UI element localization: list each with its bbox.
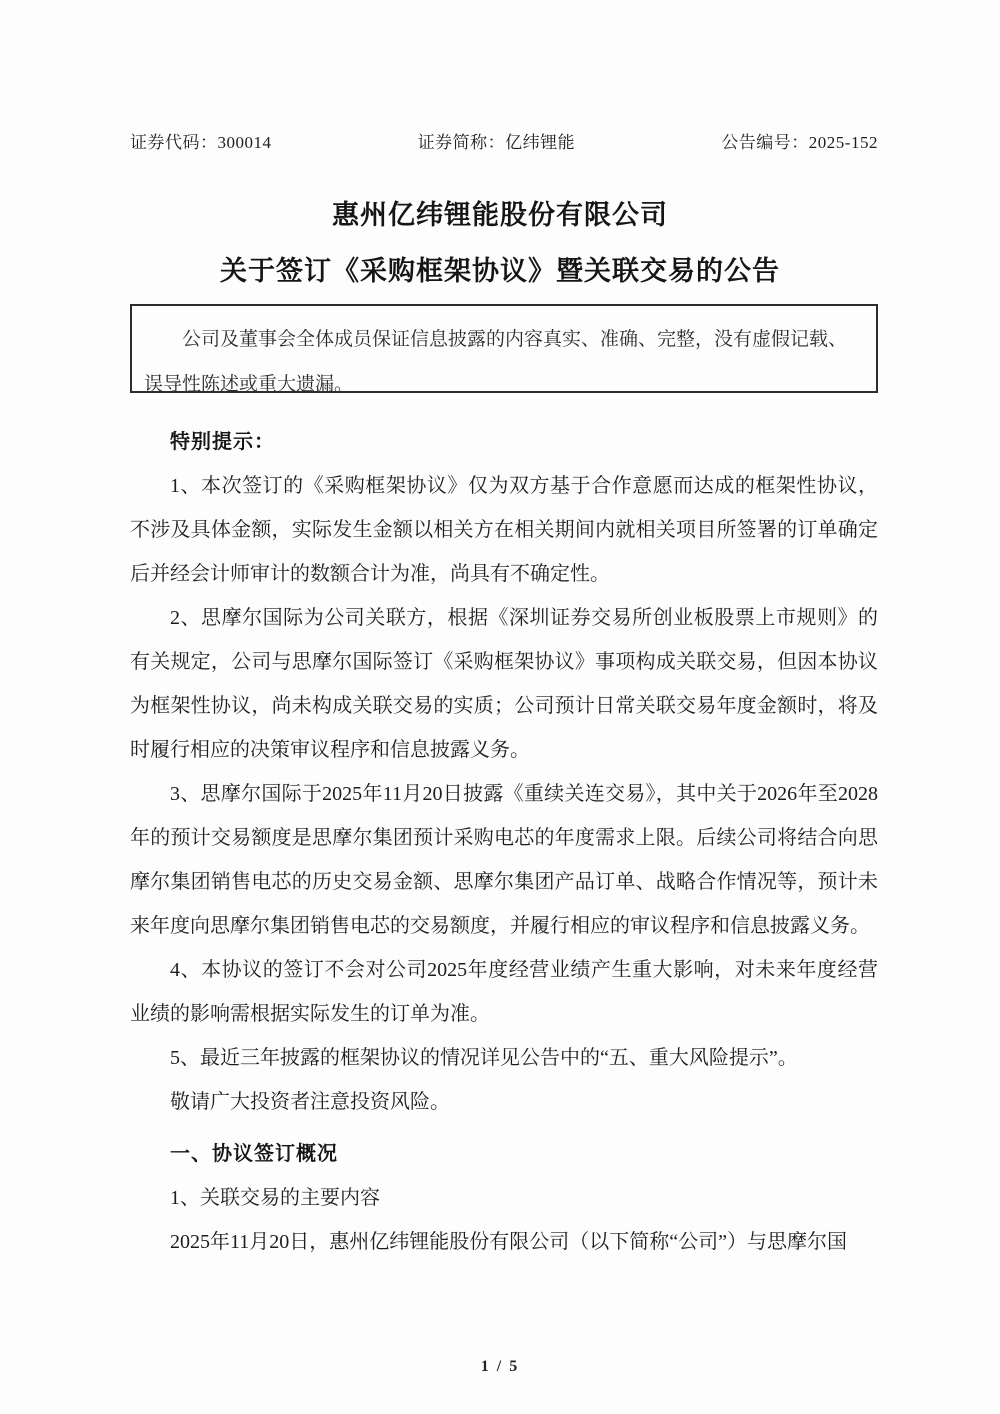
note-paragraph-5: 5、最近三年披露的框架协议的情况详见公告中的“五、重大风险提示”。: [130, 1036, 878, 1080]
note-paragraph-4: 4、本协议的签订不会对公司2025年度经营业绩产生重大影响，对未来年度经营业绩的…: [130, 948, 878, 1036]
announcement-subject-title: 关于签订《采购框架协议》暨关联交易的公告: [0, 249, 1000, 288]
special-note-heading: 特别提示：: [130, 420, 878, 464]
stock-abbreviation: 证券简称：亿纬锂能: [418, 128, 576, 153]
disclaimer-line-1: 公司及董事会全体成员保证信息披露的内容真实、准确、完整，没有虚假记载、: [144, 317, 864, 362]
disclaimer-line-2-clipped: 误导性陈述或重大遗漏。: [144, 362, 864, 393]
section-1-sub-heading: 1、关联交易的主要内容: [130, 1176, 878, 1220]
section-1-heading: 一、协议签订概况: [130, 1132, 878, 1176]
disclaimer-box: 公司及董事会全体成员保证信息披露的内容真实、准确、完整，没有虚假记载、 误导性陈…: [130, 304, 878, 393]
document-meta-row: 证券代码：300014 证券简称：亿纬锂能 公告编号：2025-152: [130, 128, 878, 153]
note-paragraph-2: 2、思摩尔国际为公司关联方，根据《深圳证券交易所创业板股票上市规则》的有关规定，…: [130, 596, 878, 772]
announcement-number: 公告编号：2025-152: [721, 128, 878, 153]
note-paragraph-3: 3、思摩尔国际于2025年11月20日披露《重续关连交易》，其中关于2026年至…: [130, 772, 878, 948]
company-title: 惠州亿纬锂能股份有限公司: [0, 193, 1000, 232]
page-number: 1 / 5: [0, 1358, 1000, 1376]
risk-reminder-line: 敬请广大投资者注意投资风险。: [130, 1080, 878, 1124]
section-1-first-line: 2025年11月20日，惠州亿纬锂能股份有限公司（以下简称“公司”）与思摩尔国: [130, 1220, 878, 1264]
body-text: 特别提示： 1、本次签订的《采购框架协议》仅为双方基于合作意愿而达成的框架性协议…: [130, 420, 878, 1264]
stock-code: 证券代码：300014: [130, 128, 272, 153]
announcement-page: 证券代码：300014 证券简称：亿纬锂能 公告编号：2025-152 惠州亿纬…: [0, 0, 1000, 1414]
note-paragraph-1: 1、本次签订的《采购框架协议》仅为双方基于合作意愿而达成的框架性协议，不涉及具体…: [130, 464, 878, 596]
